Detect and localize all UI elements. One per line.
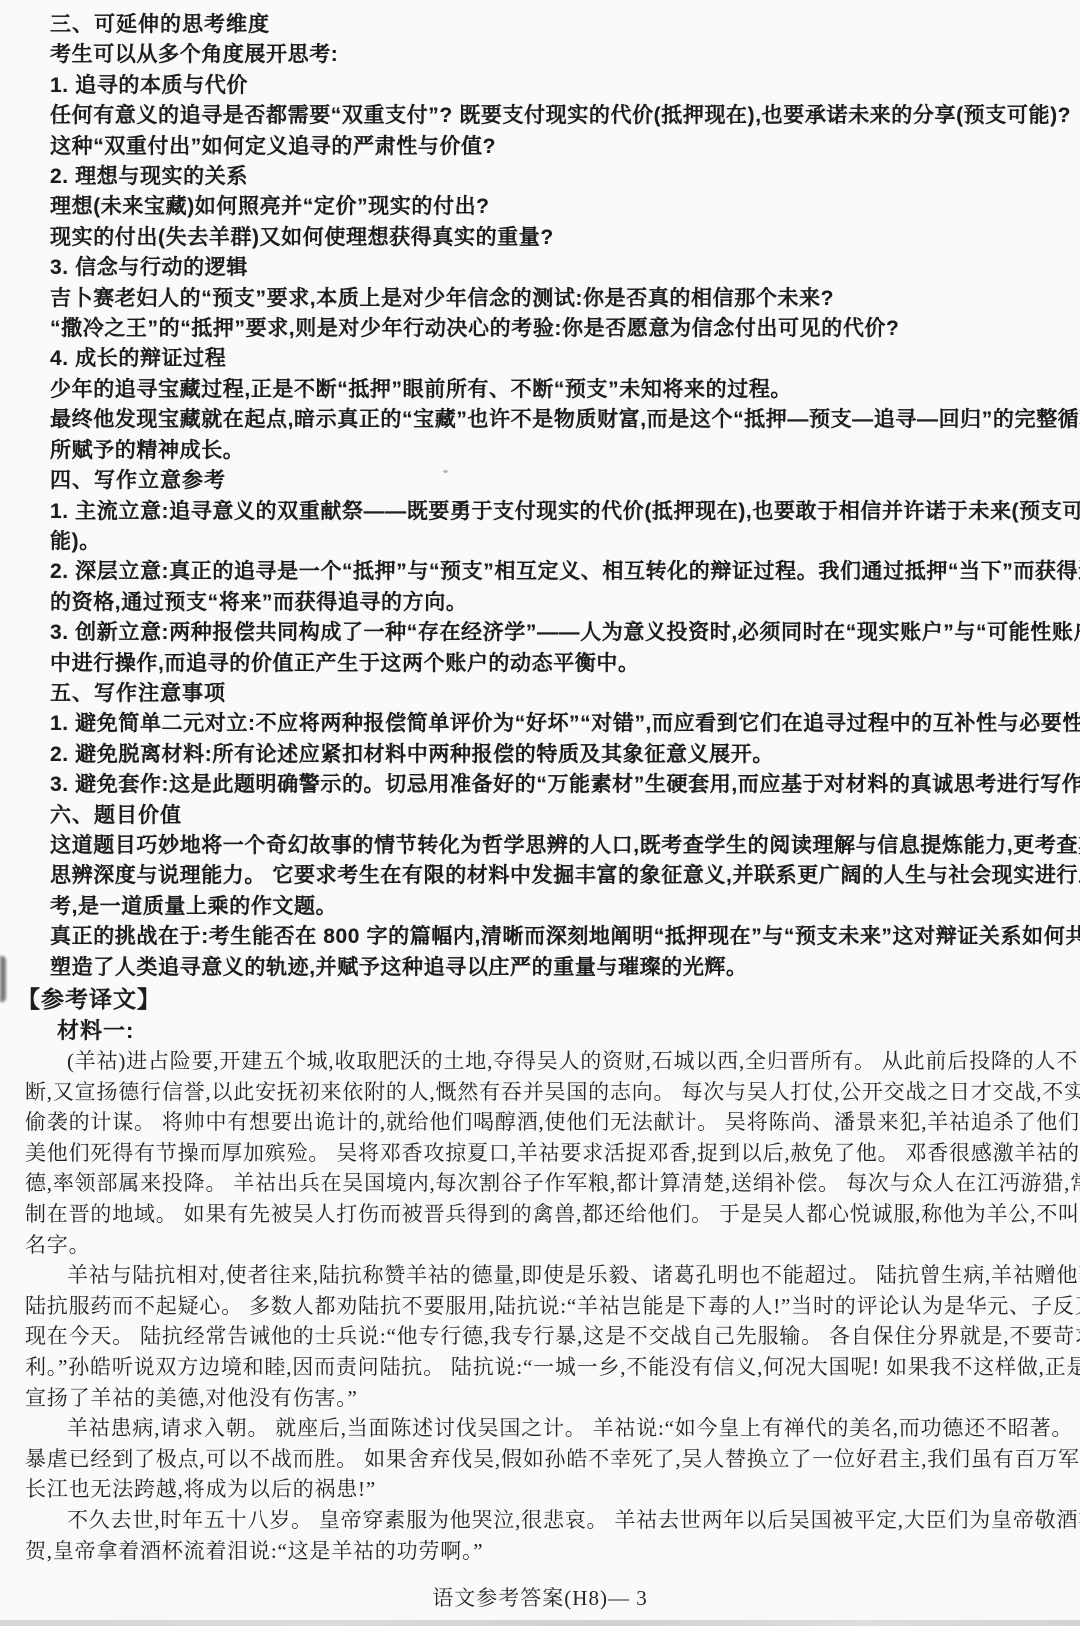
analysis-line: 考生可以从多个角度展开思考: xyxy=(50,40,1080,70)
scan-speck-artifact xyxy=(443,470,448,473)
analysis-line: 1. 主流立意:追寻意义的双重献祭——既要勇于支付现实的代价(抵押现在),也要敢… xyxy=(50,497,1080,527)
analysis-line: “撒冷之王”的“抵押”要求,则是对少年行动决心的考验:你是否愿意为信念付出可见的… xyxy=(50,314,1080,344)
analysis-line: 2. 避免脱离材料:所有论述应紧扣材料中两种报偿的特质及其象征意义展开。 xyxy=(50,740,1080,770)
translation-section: 【参考译文】 材料一: (羊祜)进占险要,开建五个城,收取肥沃的土地,夺得吴人的… xyxy=(0,983,1080,1566)
translation-line: 德,率领部属来投降。 羊祜出兵在吴国境内,每次割谷子作军粮,都计算清楚,送绢补偿… xyxy=(25,1168,1068,1199)
translation-line: 陆抗服药而不起疑心。 多数人都劝陆抗不要服用,陆抗说:“羊祜岂能是下毒的人!”当… xyxy=(25,1291,1068,1322)
analysis-line: 1. 追寻的本质与代价 xyxy=(50,71,1080,101)
translation-body: (羊祜)进占险要,开建五个城,收取肥沃的土地,夺得吴人的资财,石城以西,全归晋所… xyxy=(25,1046,1068,1566)
analysis-line: 少年的追寻宝藏过程,正是不断“抵押”眼前所有、不断“预支”未知将来的过程。 xyxy=(50,375,1080,405)
analysis-line: 现实的付出(失去羊群)又如何使理想获得真实的重量? xyxy=(50,223,1080,253)
analysis-line: 中进行操作,而追寻的价值正产生于这两个账户的动态平衡中。 xyxy=(50,649,1080,679)
analysis-line: 2. 理想与现实的关系 xyxy=(50,162,1080,192)
analysis-line: 思辨深度与说理能力。 它要求考生在有限的材料中发掘丰富的象征意义,并联系更广阔的… xyxy=(50,861,1080,891)
analysis-line: 所赋予的精神成长。 xyxy=(50,436,1080,466)
translation-line: 羊祜与陆抗相对,使者往来,陆抗称赞羊祜的德量,即使是乐毅、诸葛孔明也不能超过。 … xyxy=(25,1260,1068,1291)
translation-line: 名字。 xyxy=(25,1230,1068,1261)
footer-label: 语文参考答案(H8)— 3 xyxy=(432,1586,647,1610)
analysis-line: 2. 深层立意:真正的追寻是一个“抵押”与“预支”相互定义、相互转化的辩证过程。… xyxy=(50,557,1080,587)
translation-header: 【参考译文】 xyxy=(17,983,1068,1015)
translation-line: 贺,皇帝拿着酒杯流着泪说:“这是羊祜的功劳啊。” xyxy=(25,1536,1068,1567)
translation-line: 现在今天。 陆抗经常告诫他的士兵说:“他专行德,我专行暴,这是不交战自己先服输。… xyxy=(25,1321,1068,1352)
analysis-line: 能)。 xyxy=(50,527,1080,557)
translation-line: 利。”孙皓听说双方边境和睦,因而责问陆抗。 陆抗说:“一城一乡,不能没有信义,何… xyxy=(25,1352,1068,1383)
page-footer: 语文参考答案(H8)— 3 xyxy=(0,1582,1080,1612)
analysis-line: 的资格,通过预支“将来”而获得追寻的方向。 xyxy=(50,588,1080,618)
analysis-line: 1. 避免简单二元对立:不应将两种报偿简单评价为“好坏”“对错”,而应看到它们在… xyxy=(50,709,1080,739)
analysis-section: 三、可延伸的思考维度考生可以从多个角度展开思考:1. 追寻的本质与代价任何有意义… xyxy=(0,0,1080,983)
scan-smudge-artifact xyxy=(0,956,6,1002)
material-one-label: 材料一: xyxy=(25,1015,1068,1046)
analysis-line: 考,是一道质量上乘的作文题。 xyxy=(50,892,1080,922)
analysis-line: 4. 成长的辩证过程 xyxy=(50,344,1080,374)
translation-line: (羊祜)进占险要,开建五个城,收取肥沃的土地,夺得吴人的资财,石城以西,全归晋所… xyxy=(25,1046,1068,1077)
analysis-line: 任何有意义的追寻是否都需要“双重支付”? 既要支付现实的代价(抵押现在),也要承… xyxy=(50,101,1080,131)
translation-line: 宣扬了羊祜的美德,对他没有伤害。” xyxy=(25,1383,1068,1414)
translation-line: 美他们死得有节操而厚加殡殓。 吴将邓香攻掠夏口,羊祜要求活捉邓香,捉到以后,赦免… xyxy=(25,1138,1068,1169)
analysis-line: 这道题目巧妙地将一个奇幻故事的情节转化为哲学思辨的人口,既考查学生的阅读理解与信… xyxy=(50,831,1080,861)
analysis-line: 五、写作注意事项 xyxy=(50,679,1080,709)
translation-line: 断,又宣扬德行信誉,以此安抚初来依附的人,慨然有吞并吴国的志向。 每次与吴人打仗… xyxy=(25,1077,1068,1108)
analysis-line: 吉卜赛老妇人的“预支”要求,本质上是对少年信念的测试:你是否真的相信那个未来? xyxy=(50,284,1080,314)
analysis-line: 3. 创新立意:两种报偿共同构成了一种“存在经济学”——人为意义投资时,必须同时… xyxy=(50,618,1080,648)
analysis-line: 这种“双重付出”如何定义追寻的严肃性与价值? xyxy=(50,132,1080,162)
translation-line: 不久去世,时年五十八岁。 皇帝穿素服为他哭泣,很悲哀。 羊祜去世两年以后吴国被平… xyxy=(25,1505,1068,1536)
translation-line: 偷袭的计谋。 将帅中有想要出诡计的,就给他们喝醇酒,使他们无法献计。 吴将陈尚、… xyxy=(25,1107,1068,1138)
analysis-line: 3. 信念与行动的逻辑 xyxy=(50,253,1080,283)
analysis-line: 三、可延伸的思考维度 xyxy=(50,10,1080,40)
scan-edge-artifact xyxy=(0,1620,1080,1626)
translation-line: 暴虐已经到了极点,可以不战而胜。 如果舍弃伐吴,假如孙皓不幸死了,吴人替换立了一… xyxy=(25,1444,1068,1475)
analysis-line: 六、题目价值 xyxy=(50,801,1080,831)
analysis-line: 真正的挑战在于:考生能否在 800 字的篇幅内,清晰而深刻地阐明“抵押现在”与“… xyxy=(50,922,1080,952)
translation-line: 制在晋的地域。 如果有先被吴人打伤而被晋兵得到的禽兽,都还给他们。 于是吴人都心… xyxy=(25,1199,1068,1230)
analysis-line: 塑造了人类追寻意义的轨迹,并赋予这种追寻以庄严的重量与璀璨的光辉。 xyxy=(50,953,1080,983)
analysis-line: 四、写作立意参考 xyxy=(50,466,1080,496)
analysis-line: 3. 避免套作:这是此题明确警示的。切忌用准备好的“万能素材”生硬套用,而应基于… xyxy=(50,770,1080,800)
document-page: 三、可延伸的思考维度考生可以从多个角度展开思考:1. 追寻的本质与代价任何有意义… xyxy=(0,0,1080,1626)
translation-line: 羊祜患病,请求入朝。 就座后,当面陈述讨伐吴国之计。 羊祜说:“如今皇上有禅代的… xyxy=(25,1413,1068,1444)
analysis-line: 理想(未来宝藏)如何照亮并“定价”现实的付出? xyxy=(50,192,1080,222)
analysis-line: 最终他发现宝藏就在起点,暗示真正的“宝藏”也许不是物质财富,而是这个“抵押—预支… xyxy=(50,405,1080,435)
translation-line: 长江也无法跨越,将成为以后的祸患!” xyxy=(25,1474,1068,1505)
